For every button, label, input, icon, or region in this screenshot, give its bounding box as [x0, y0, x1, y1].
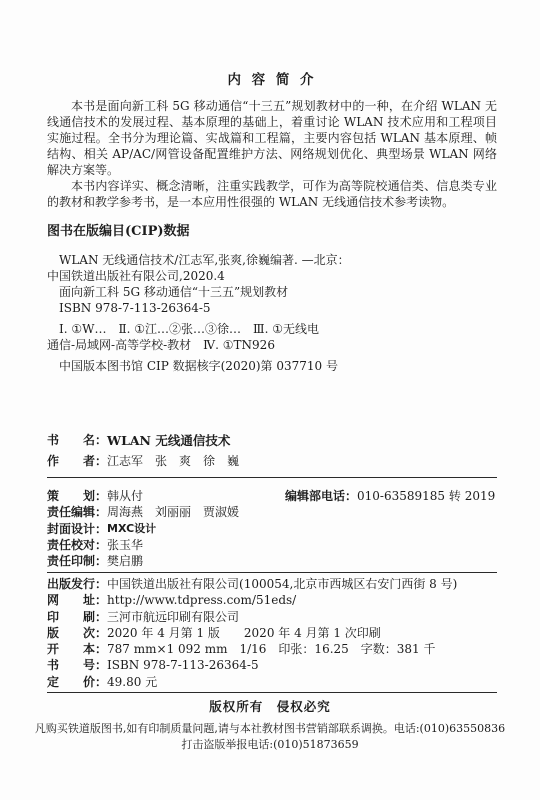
format-row: 开 本：787 mm×1 092 mm 1/16 印张：16.25 字数：381… [47, 641, 497, 657]
label-colon: ： [95, 451, 107, 472]
price-label: 定 价 [47, 674, 95, 690]
planner-value: 韩从付 [107, 488, 143, 504]
label-colon: ： [95, 576, 107, 592]
book-authors-value: 江志军 张 爽 徐 巍 [107, 451, 239, 472]
divider-rule [47, 477, 497, 478]
label-colon: ： [95, 504, 107, 520]
cip-registry-number: 中国版本图书馆 CIP 数据核字(2020)第 037710 号 [47, 358, 497, 374]
copyright-section: 版权所有 侵权必究 凡购买铁道版图书,如有印制质量问题,请与本社教材图书营销部联… [20, 697, 520, 752]
proofreader-row: 责任校对：张玉华 [47, 537, 277, 553]
cip-classification-line: 通信-局域网-高等学校-教材 Ⅳ. ①TN926 [47, 337, 497, 353]
book-info-section: 书 名：WLAN 无线通信技术 作 者：江志军 张 爽 徐 巍 [47, 430, 497, 472]
book-authors-row: 作 者：江志军 张 爽 徐 巍 [47, 451, 497, 472]
copyright-report-line: 打击盗版举报电话:(010)51873659 [20, 737, 520, 753]
editorial-phone-label: 编辑部电话 [285, 489, 345, 503]
cip-header: 图书在版编目(CIP)数据 [47, 220, 497, 239]
cover-design-value: MXC设计 [107, 521, 156, 537]
planner-row: 策 划：韩从付 [47, 488, 277, 504]
edition-value: 2020 年 4 月第 1 版 2020 年 4 月第 1 次印刷 [107, 625, 381, 641]
copyright-exchange-line: 凡购买铁道版图书,如有印制质量问题,请与本社教材图书营销部联系调换。电话:(01… [20, 721, 520, 737]
website-label: 网 址 [47, 592, 95, 608]
isbn-value: ISBN 978-7-113-26364-5 [107, 657, 259, 673]
format-label: 开 本 [47, 641, 95, 657]
price-row: 定 价：49.80 元 [47, 674, 497, 690]
cip-classification-line: Ⅰ. ①W… Ⅱ. ①江…②张…③徐… Ⅲ. ①无线电 [47, 321, 497, 337]
label-colon: ： [95, 641, 107, 657]
staff-section: 策 划：韩从付 责任编辑：周海燕 刘丽丽 贾淑媛 封面设计：MXC设计 责任校对… [47, 488, 277, 569]
publisher-value: 中国铁道出版社有限公司(100054,北京市西城区右安门西街 8 号) [107, 576, 457, 592]
editors-label: 责任编辑 [47, 504, 95, 520]
content-intro-paragraph-2: 本书内容详实、概念清晰，注重实践教学，可作为高等院校通信类、信息类专业的教材和教… [47, 178, 497, 210]
planner-label: 策 划 [47, 488, 95, 504]
book-authors-label: 作 者 [47, 451, 95, 472]
label-colon: ： [95, 657, 107, 673]
label-colon: ： [95, 537, 107, 553]
cip-record-line: 中国铁道出版社有限公司,2020.4 [47, 268, 497, 284]
content-intro-title: 内 容 简 介 [47, 68, 497, 88]
content-intro-paragraph-1: 本书是面向新工科 5G 移动通信“十三五”规划教材中的一种，在介绍 WLAN 无… [47, 98, 497, 178]
print-supervisor-label: 责任印制 [47, 553, 95, 569]
print-supervisor-row: 责任印制：樊启鹏 [47, 553, 277, 569]
content-intro-section: 内 容 简 介 本书是面向新工科 5G 移动通信“十三五”规划教材中的一种，在介… [47, 68, 497, 210]
printer-label: 印 刷 [47, 609, 95, 625]
isbn-row: 书 号：ISBN 978-7-113-26364-5 [47, 657, 497, 673]
label-colon: ： [345, 489, 357, 503]
format-value: 787 mm×1 092 mm 1/16 印张：16.25 字数：381 千 [107, 641, 435, 657]
divider-rule [47, 692, 497, 693]
label-colon: ： [95, 674, 107, 690]
label-colon: ： [95, 609, 107, 625]
publisher-label: 出版发行 [47, 576, 95, 592]
printer-value: 三河市航远印刷有限公司 [107, 609, 239, 625]
editorial-phone: 编辑部电话：010-63589185 转 2019 [285, 488, 495, 504]
website-row: 网 址：http://www.tdpress.com/51eds/ [47, 592, 497, 608]
editors-value: 周海燕 刘丽丽 贾淑媛 [107, 504, 239, 520]
proofreader-value: 张玉华 [107, 537, 143, 553]
publisher-row: 出版发行：中国铁道出版社有限公司(100054,北京市西城区右安门西街 8 号) [47, 576, 497, 592]
cover-design-label: 封面设计 [47, 521, 95, 537]
isbn-label: 书 号 [47, 657, 95, 673]
copyright-notice: 版权所有 侵权必究 [20, 697, 520, 715]
cover-design-row: 封面设计：MXC设计 [47, 521, 277, 537]
label-colon: ： [95, 488, 107, 504]
label-colon: ： [95, 553, 107, 569]
publishing-section: 出版发行：中国铁道出版社有限公司(100054,北京市西城区右安门西街 8 号)… [47, 576, 497, 690]
divider-rule [47, 572, 497, 573]
book-title-value: WLAN 无线通信技术 [107, 430, 230, 451]
print-supervisor-value: 樊启鹏 [107, 553, 143, 569]
label-colon: ： [95, 430, 107, 451]
cip-record-line: ISBN 978-7-113-26364-5 [47, 300, 497, 316]
copyright-page: 内 容 简 介 本书是面向新工科 5G 移动通信“十三五”规划教材中的一种，在介… [0, 0, 540, 800]
editors-row: 责任编辑：周海燕 刘丽丽 贾淑媛 [47, 504, 277, 520]
website-value: http://www.tdpress.com/51eds/ [107, 592, 296, 608]
edition-label: 版 次 [47, 625, 95, 641]
book-title-label: 书 名 [47, 430, 95, 451]
proofreader-label: 责任校对 [47, 537, 95, 553]
cip-section: 图书在版编目(CIP)数据 WLAN 无线通信技术/江志军,张爽,徐巍编著. —… [47, 220, 497, 386]
price-value: 49.80 元 [107, 674, 157, 690]
label-colon: ： [95, 521, 107, 537]
label-colon: ： [95, 592, 107, 608]
cip-record-line: WLAN 无线通信技术/江志军,张爽,徐巍编著. —北京： [47, 252, 497, 268]
cip-record-line: 面向新工科 5G 移动通信“十三五”规划教材 [47, 284, 497, 300]
printer-row: 印 刷：三河市航远印刷有限公司 [47, 609, 497, 625]
editorial-phone-value: 010-63589185 转 2019 [357, 489, 495, 503]
label-colon: ： [95, 625, 107, 641]
edition-row: 版 次：2020 年 4 月第 1 版 2020 年 4 月第 1 次印刷 [47, 625, 497, 641]
book-title-row: 书 名：WLAN 无线通信技术 [47, 430, 497, 451]
